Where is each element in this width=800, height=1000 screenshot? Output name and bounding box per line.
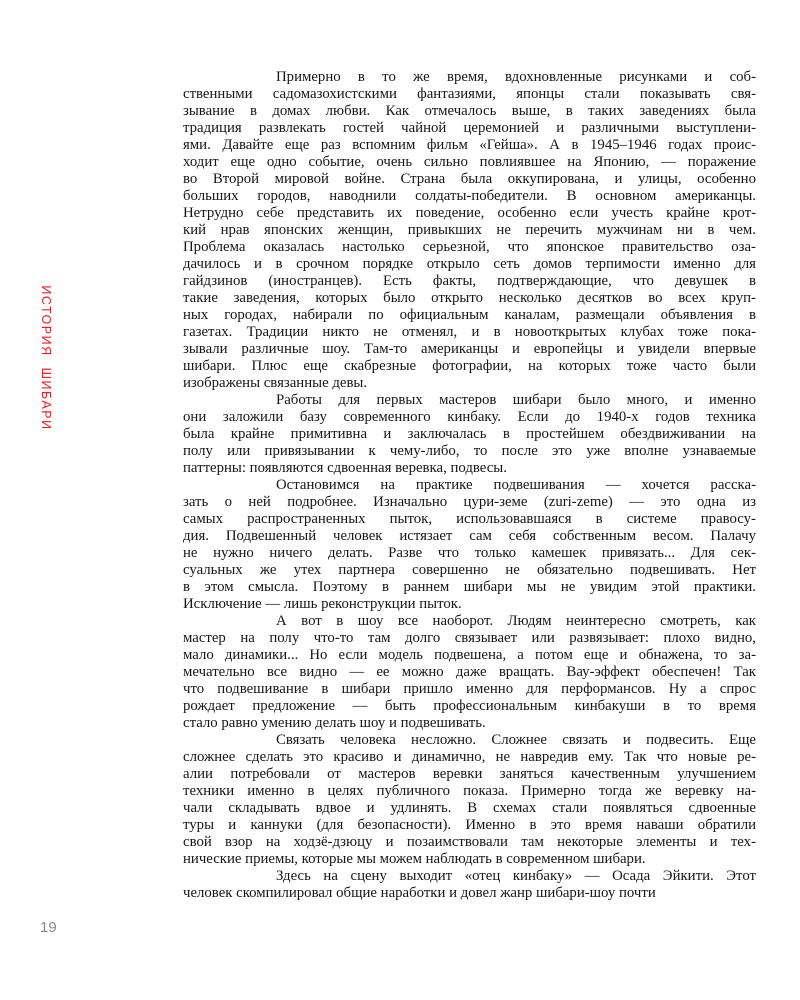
text-line: ственными садомазохистскими фантазиями, … xyxy=(183,86,756,103)
text-line: ных городах, набирали по официальным кан… xyxy=(183,307,756,324)
text-line: газетах. Традиции никто не отменял, и в … xyxy=(183,324,756,341)
text-line: во Второй мировой войне. Страна была окк… xyxy=(183,171,756,188)
text-line: Исключение — лишь реконструкции пыток. xyxy=(183,596,756,613)
text-line: гайдзинов (иностранцев). Есть факты, под… xyxy=(183,273,756,290)
text-line: зывали различные шоу. Там-то американцы … xyxy=(183,341,756,358)
text-line: Связать человека несложно. Сложнее связа… xyxy=(183,732,756,749)
text-line: полу или привязывании к чему-либо, то по… xyxy=(183,443,756,460)
text-line: дачилось и в срочном порядке открыло сет… xyxy=(183,256,756,273)
text-line: не нужно ничего делать. Разве что только… xyxy=(183,545,756,562)
text-line: чали складывать вдвое и удлинять. В схем… xyxy=(183,800,756,817)
text-line: была крайне примитивна и заключалась в п… xyxy=(183,426,756,443)
text-line: изображены связанные девы. xyxy=(183,375,756,392)
chapter-side-label: ИСТОРИЯ ШИБАРИ xyxy=(39,285,53,430)
text-line: Проблема оказалась настолько серьезной, … xyxy=(183,239,756,256)
text-line: Примерно в то же время, вдохновленные ри… xyxy=(183,69,756,86)
text-line: мало динамики... Но если модель подвешен… xyxy=(183,647,756,664)
text-line: суальных же утех партнера совершенно не … xyxy=(183,562,756,579)
text-line: свой взор на ходзё-дзюцу и позаимствовал… xyxy=(183,834,756,851)
text-line: в этом смысла. Поэтому в раннем шибари м… xyxy=(183,579,756,596)
text-line: рождает предложение — быть профессиональ… xyxy=(183,698,756,715)
text-line: больших городов, наводнили солдаты-побед… xyxy=(183,188,756,205)
text-line: мечательно все видно — ее можно даже вра… xyxy=(183,664,756,681)
text-line: нические приемы, которые мы можем наблюд… xyxy=(183,851,756,868)
text-line: Остановимся на практике подвешивания — х… xyxy=(183,477,756,494)
text-line: они заложили базу современного кинбаку. … xyxy=(183,409,756,426)
text-line: самых распространенных пыток, использова… xyxy=(183,511,756,528)
text-line: техники именно в целях публичного показа… xyxy=(183,783,756,800)
text-line: человек скомпилировал общие наработки и … xyxy=(183,885,756,902)
page-number: 19 xyxy=(40,919,57,936)
text-line: зать о ней подробнее. Изначально цури-зе… xyxy=(183,494,756,511)
text-line: алии потребовали от мастеров веревки зан… xyxy=(183,766,756,783)
text-line: туры и каннуки (для безопасности). Именн… xyxy=(183,817,756,834)
text-line: дия. Подвешенный человек истязает сам се… xyxy=(183,528,756,545)
text-line: что подвешивание в шибари пришло именно … xyxy=(183,681,756,698)
body-text: Примерно в то же время, вдохновленные ри… xyxy=(183,69,756,902)
text-line: шибари. Плюс еще скабрезные фотографии, … xyxy=(183,358,756,375)
text-line: сложнее сделать это красиво и динамично,… xyxy=(183,749,756,766)
text-line: А вот в шоу все наоборот. Людям неинтере… xyxy=(183,613,756,630)
text-line: ходит еще одно событие, очень сильно пов… xyxy=(183,154,756,171)
book-page: ИСТОРИЯ ШИБАРИ Примерно в то же время, в… xyxy=(0,0,800,1000)
text-line: ями. Давайте еще раз вспомним фильм «Гей… xyxy=(183,137,756,154)
text-line: Нетрудно себе представить их поведение, … xyxy=(183,205,756,222)
text-line: Работы для первых мастеров шибари было м… xyxy=(183,392,756,409)
text-line: такие заведения, которых было открыто не… xyxy=(183,290,756,307)
text-line: паттерны: появляются сдвоенная веревка, … xyxy=(183,460,756,477)
text-line: кий нрав японских женщин, привыкших не п… xyxy=(183,222,756,239)
text-line: стало равно умению делать шоу и подвешив… xyxy=(183,715,756,732)
text-line: мастер на полу что-то там долго связывае… xyxy=(183,630,756,647)
text-line: традиция развлекать гостей чайной церемо… xyxy=(183,120,756,137)
text-line: зывание в домах любви. Как отмечалось вы… xyxy=(183,103,756,120)
text-line: Здесь на сцену выходит «отец кинбаку» — … xyxy=(183,868,756,885)
